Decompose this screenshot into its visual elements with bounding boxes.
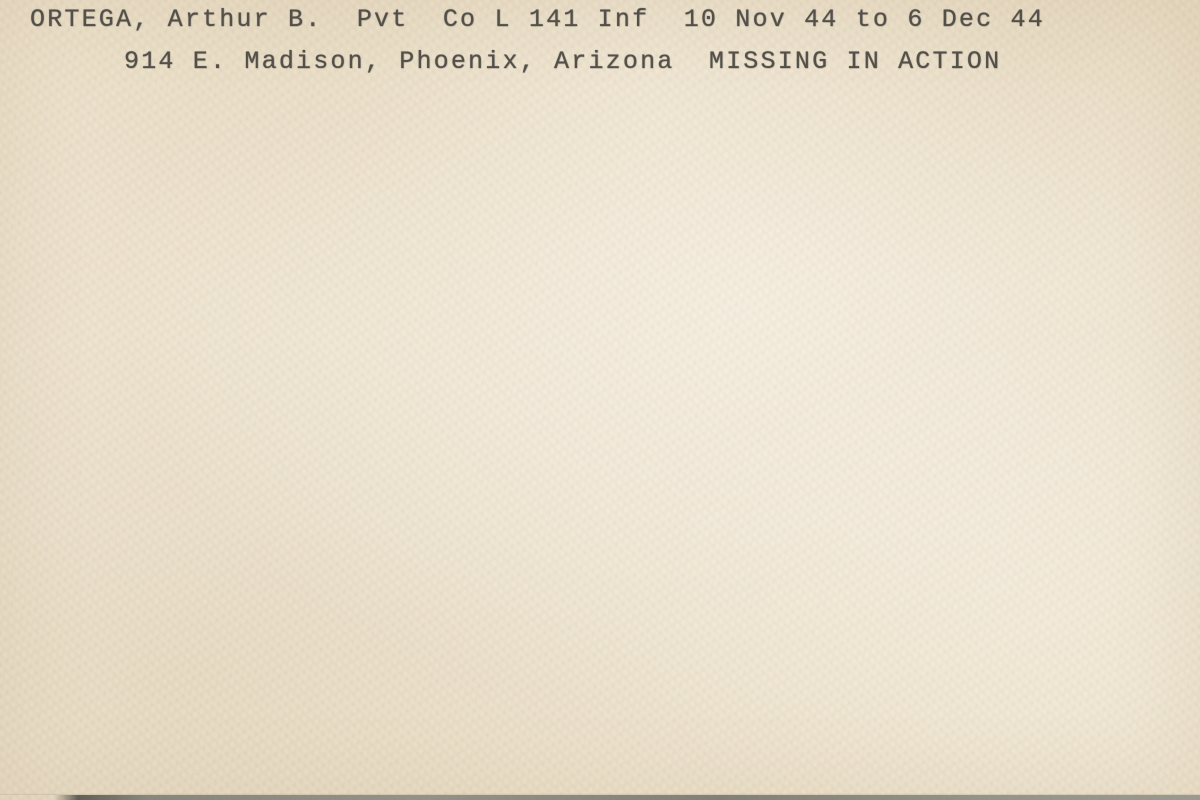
typed-line-name-unit-dates: ORTEGA, Arthur B. Pvt Co L 141 Inf 10 No… (30, 5, 1045, 34)
index-card: ORTEGA, Arthur B. Pvt Co L 141 Inf 10 No… (0, 0, 1200, 800)
paper-texture (0, 0, 1200, 800)
typed-line-address-status: 914 E. Madison, Phoenix, Arizona MISSING… (124, 47, 1001, 76)
card-bottom-edge (0, 795, 1200, 800)
